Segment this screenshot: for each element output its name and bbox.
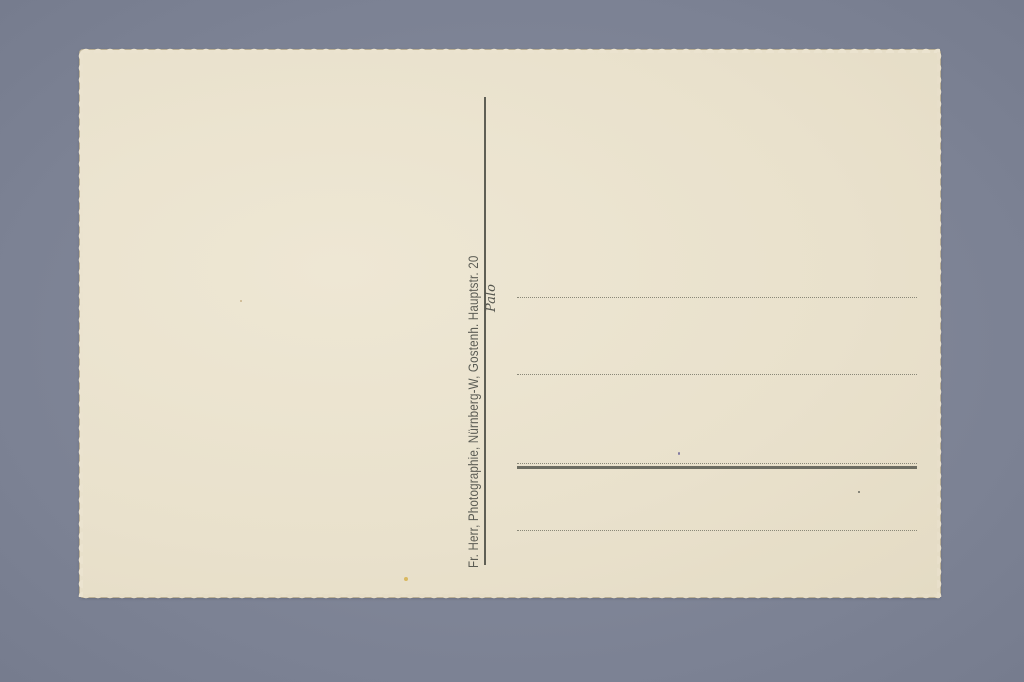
deckle-edge-right bbox=[937, 50, 943, 597]
deckle-edge-top bbox=[80, 47, 940, 53]
paper-stain bbox=[404, 577, 408, 581]
signature-flourish: Palo bbox=[484, 284, 499, 312]
deckle-edge-left bbox=[77, 50, 83, 597]
imprint-text: Fr. Herr, Photographie, Nürnberg-W, Gost… bbox=[466, 256, 481, 568]
paper-speck bbox=[858, 491, 860, 493]
paper-speck bbox=[240, 300, 242, 302]
address-line-3-solid bbox=[517, 466, 917, 469]
address-line-3-dotted bbox=[517, 463, 917, 464]
address-line-4 bbox=[517, 530, 917, 531]
ink-speck bbox=[678, 452, 680, 455]
address-line-1 bbox=[517, 297, 917, 298]
postcard-back: Fr. Herr, Photographie, Nürnberg-W, Gost… bbox=[80, 50, 940, 597]
address-line-2 bbox=[517, 374, 917, 375]
photographer-imprint: Fr. Herr, Photographie, Nürnberg-W, Gost… bbox=[466, 118, 481, 568]
deckle-edge-bottom bbox=[80, 594, 940, 600]
center-divider-line bbox=[484, 97, 486, 565]
